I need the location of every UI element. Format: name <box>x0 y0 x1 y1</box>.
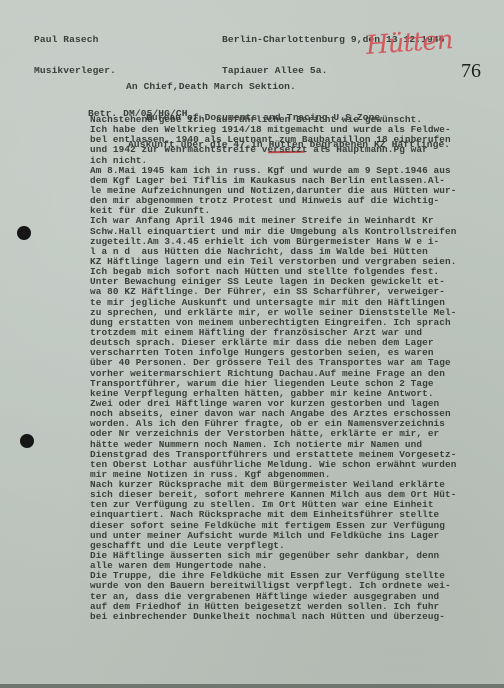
punch-hole <box>20 434 34 448</box>
page-bottom-edge <box>0 684 504 688</box>
sender-name: Paul Rasech <box>34 35 116 45</box>
letter-body: Nachstehend gebe ich ausführlichen Beric… <box>90 115 456 622</box>
body-line: wa 80 KZ Häftlinge. Der Führer, ein SS S… <box>90 287 456 297</box>
body-line: bei einbrechender Dunkelheit nochmal nac… <box>90 612 456 622</box>
body-line: über 40 Personen. Der grössere Teil des … <box>90 358 456 368</box>
page-number: 76 <box>461 60 481 83</box>
punch-hole <box>17 226 31 240</box>
handwritten-annotation: Hütten <box>365 25 453 61</box>
body-line: oder Nr verzeichnis der Verstorben hätte… <box>90 429 456 439</box>
sender-block: Paul Rasech Musikverleger. <box>34 15 116 96</box>
sender-profession: Musikverleger. <box>34 66 116 76</box>
document-page: Paul Rasech Musikverleger. Berlin-Charlo… <box>0 0 504 685</box>
